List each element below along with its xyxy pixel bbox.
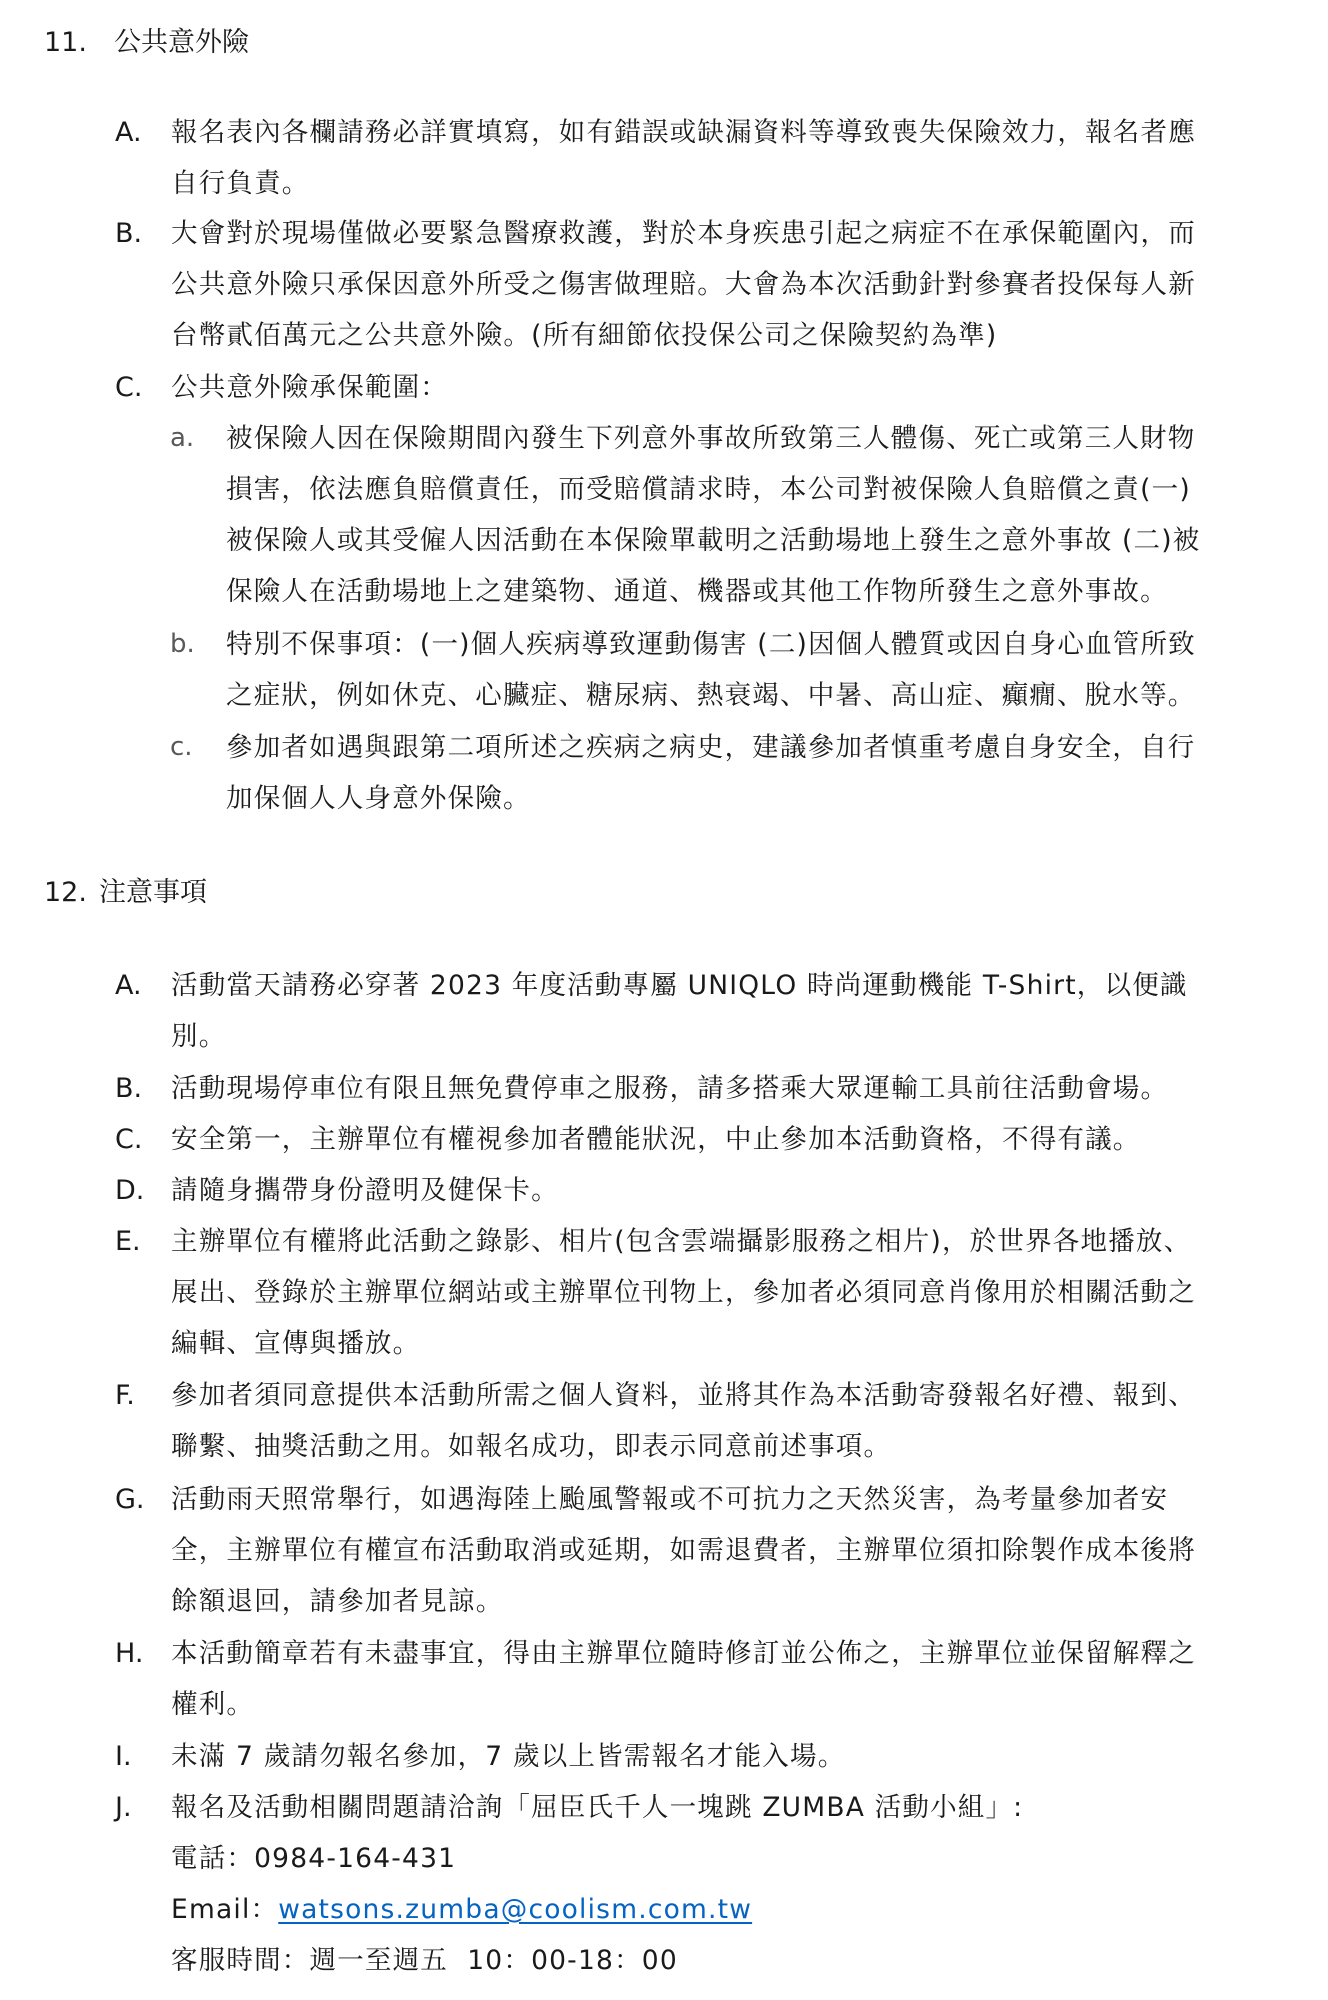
list-item: F. 參加者須同意提供本活動所需之個人資料，並將其作為本活動寄發報名好禮、報到、… bbox=[115, 1370, 1275, 1472]
list-item: A. 報名表內各欄請務必詳實填寫，如有錯誤或缺漏資料等導致喪失保險效力，報名者應… bbox=[115, 107, 1275, 209]
item-marker: E. bbox=[115, 1216, 165, 1267]
item-text-line: 聯繫、抽獎活動之用。如報名成功，即表示同意前述事項。 bbox=[171, 1421, 1275, 1472]
item-text-line: 別。 bbox=[171, 1011, 1275, 1062]
list-item: B. 活動現場停車位有限且無免費停車之服務，請多搭乘大眾運輸工具前往活動會場。 bbox=[115, 1063, 1275, 1114]
sub-item-text-line: 特別不保事項：(一)個人疾病導致運動傷害 (二)因個人體質或因自身心血管所致 bbox=[226, 619, 1275, 670]
item-text-line: 活動雨天照常舉行，如遇海陸上颱風警報或不可抗力之天然災害，為考量參加者安 bbox=[171, 1474, 1275, 1525]
email-label: Email： bbox=[171, 1894, 278, 1925]
item-marker: H. bbox=[115, 1628, 165, 1679]
item-marker: B. bbox=[115, 208, 165, 259]
item-marker: F. bbox=[115, 1370, 165, 1421]
item-text-line: 未滿 7 歲請勿報名參加，7 歲以上皆需報名才能入場。 bbox=[171, 1731, 1275, 1782]
sub-list-item: a. 被保險人因在保險期間內發生下列意外事故所致第三人體傷、死亡或第三人財物 損… bbox=[170, 413, 1275, 617]
list-item: C. 公共意外險承保範圍： bbox=[115, 362, 1275, 413]
list-item: G. 活動雨天照常舉行，如遇海陸上颱風警報或不可抗力之天然災害，為考量參加者安 … bbox=[115, 1474, 1275, 1627]
item-marker: A. bbox=[115, 960, 165, 1011]
sub-item-text-line: 損害，依法應負賠償責任，而受賠償請求時，本公司對被保險人負賠償之責(一) bbox=[226, 464, 1275, 515]
item-marker: J. bbox=[115, 1782, 165, 1833]
section-heading-11: 11.公共意外險 bbox=[44, 23, 249, 63]
sub-item-text-line: 之症狀，例如休克、心臟症、糖尿病、熱衰竭、中暑、高山症、癲癇、脫水等。 bbox=[226, 670, 1275, 721]
section-number: 12. bbox=[44, 873, 99, 913]
item-text-line: 自行負責。 bbox=[171, 158, 1275, 209]
section-title: 公共意外險 bbox=[114, 23, 249, 63]
sub-item-marker: b. bbox=[170, 619, 220, 670]
item-text-line: 餘額退回，請參加者見諒。 bbox=[171, 1576, 1275, 1627]
item-marker: A. bbox=[115, 107, 165, 158]
list-item: E. 主辦單位有權將此活動之錄影、相片(包含雲端攝影服務之相片)，於世界各地播放… bbox=[115, 1216, 1275, 1369]
hours-label: 客服時間： bbox=[171, 1945, 310, 1976]
item-text-line: 安全第一，主辦單位有權視參加者體能狀況，中止參加本活動資格，不得有議。 bbox=[171, 1114, 1275, 1165]
list-item: B. 大會對於現場僅做必要緊急醫療救護，對於本身疾患引起之病症不在承保範圍內，而… bbox=[115, 208, 1275, 361]
item-text-line: 報名表內各欄請務必詳實填寫，如有錯誤或缺漏資料等導致喪失保險效力，報名者應 bbox=[171, 107, 1275, 158]
list-item: J. 報名及活動相關問題請洽詢「屈臣氏千人一塊跳 ZUMBA 活動小組」: 電話… bbox=[115, 1782, 1275, 1986]
item-text-line: 活動現場停車位有限且無免費停車之服務，請多搭乘大眾運輸工具前往活動會場。 bbox=[171, 1063, 1275, 1114]
item-marker: C. bbox=[115, 1114, 165, 1165]
item-marker: G. bbox=[115, 1474, 165, 1525]
section-title: 注意事項 bbox=[99, 873, 207, 913]
list-item: A. 活動當天請務必穿著 2023 年度活動專屬 UNIQLO 時尚運動機能 T… bbox=[115, 960, 1275, 1062]
item-marker: B. bbox=[115, 1063, 165, 1114]
sub-item-marker: c. bbox=[170, 722, 220, 773]
item-text-line: 權利。 bbox=[171, 1679, 1275, 1730]
item-text-line: 報名及活動相關問題請洽詢「屈臣氏千人一塊跳 ZUMBA 活動小組」: bbox=[171, 1782, 1275, 1833]
item-text-line: 本活動簡章若有未盡事宜，得由主辦單位隨時修訂並公佈之，主辦單位並保留解釋之 bbox=[171, 1628, 1275, 1679]
contact-email: Email：watsons.zumba@coolism.com.tw bbox=[171, 1884, 1275, 1935]
phone-value: 0984-164-431 bbox=[254, 1843, 456, 1874]
section-number: 11. bbox=[44, 23, 114, 63]
contact-hours: 客服時間：週一至週五 10：00-18：00 bbox=[171, 1935, 1275, 1986]
item-text-line: 參加者須同意提供本活動所需之個人資料，並將其作為本活動寄發報名好禮、報到、 bbox=[171, 1370, 1275, 1421]
item-marker: I. bbox=[115, 1731, 165, 1782]
item-text-line: 公共意外險只承保因意外所受之傷害做理賠。大會為本次活動針對參賽者投保每人新 bbox=[171, 259, 1275, 310]
sub-item-text-line: 加保個人人身意外保險。 bbox=[226, 773, 1275, 824]
list-item: C. 安全第一，主辦單位有權視參加者體能狀況，中止參加本活動資格，不得有議。 bbox=[115, 1114, 1275, 1165]
list-item: H. 本活動簡章若有未盡事宜，得由主辦單位隨時修訂並公佈之，主辦單位並保留解釋之… bbox=[115, 1628, 1275, 1730]
section-heading-12: 12.注意事項 bbox=[44, 873, 207, 913]
sub-item-marker: a. bbox=[170, 413, 220, 464]
item-text-line: 展出、登錄於主辦單位網站或主辦單位刊物上，參加者必須同意肖像用於相關活動之 bbox=[171, 1267, 1275, 1318]
item-text-line: 編輯、宣傳與播放。 bbox=[171, 1318, 1275, 1369]
item-marker: D. bbox=[115, 1165, 165, 1216]
item-text-line: 大會對於現場僅做必要緊急醫療救護，對於本身疾患引起之病症不在承保範圍內，而 bbox=[171, 208, 1275, 259]
sub-list-item: c. 參加者如遇與跟第二項所述之疾病之病史，建議參加者慎重考慮自身安全，自行 加… bbox=[170, 722, 1275, 824]
sub-item-text-line: 被保險人因在保險期間內發生下列意外事故所致第三人體傷、死亡或第三人財物 bbox=[226, 413, 1275, 464]
sub-list-item: b. 特別不保事項：(一)個人疾病導致運動傷害 (二)因個人體質或因自身心血管所… bbox=[170, 619, 1275, 721]
contact-phone: 電話：0984-164-431 bbox=[171, 1833, 1275, 1884]
item-text-line: 活動當天請務必穿著 2023 年度活動專屬 UNIQLO 時尚運動機能 T-Sh… bbox=[171, 960, 1275, 1011]
item-text-line: 公共意外險承保範圍： bbox=[171, 362, 1275, 413]
hours-value: 週一至週五 10：00-18：00 bbox=[310, 1945, 678, 1976]
sub-item-text-line: 被保險人或其受僱人因活動在本保險單載明之活動場地上發生之意外事故 (二)被 bbox=[226, 515, 1275, 566]
phone-label: 電話： bbox=[171, 1843, 254, 1874]
item-text-line: 主辦單位有權將此活動之錄影、相片(包含雲端攝影服務之相片)，於世界各地播放、 bbox=[171, 1216, 1275, 1267]
sub-item-text-line: 參加者如遇與跟第二項所述之疾病之病史，建議參加者慎重考慮自身安全，自行 bbox=[226, 722, 1275, 773]
sub-item-text-line: 保險人在活動場地上之建築物、通道、機器或其他工作物所發生之意外事故。 bbox=[226, 566, 1275, 617]
item-text-line: 全，主辦單位有權宣布活動取消或延期，如需退費者，主辦單位須扣除製作成本後將 bbox=[171, 1525, 1275, 1576]
list-item: D. 請隨身攜帶身份證明及健保卡。 bbox=[115, 1165, 1275, 1216]
item-text-line: 請隨身攜帶身份證明及健保卡。 bbox=[171, 1165, 1275, 1216]
item-text-line: 台幣貳佰萬元之公共意外險。(所有細節依投保公司之保險契約為準) bbox=[171, 310, 1275, 361]
item-marker: C. bbox=[115, 362, 165, 413]
list-item: I. 未滿 7 歲請勿報名參加，7 歲以上皆需報名才能入場。 bbox=[115, 1731, 1275, 1782]
email-link[interactable]: watsons.zumba@coolism.com.tw bbox=[278, 1894, 752, 1925]
